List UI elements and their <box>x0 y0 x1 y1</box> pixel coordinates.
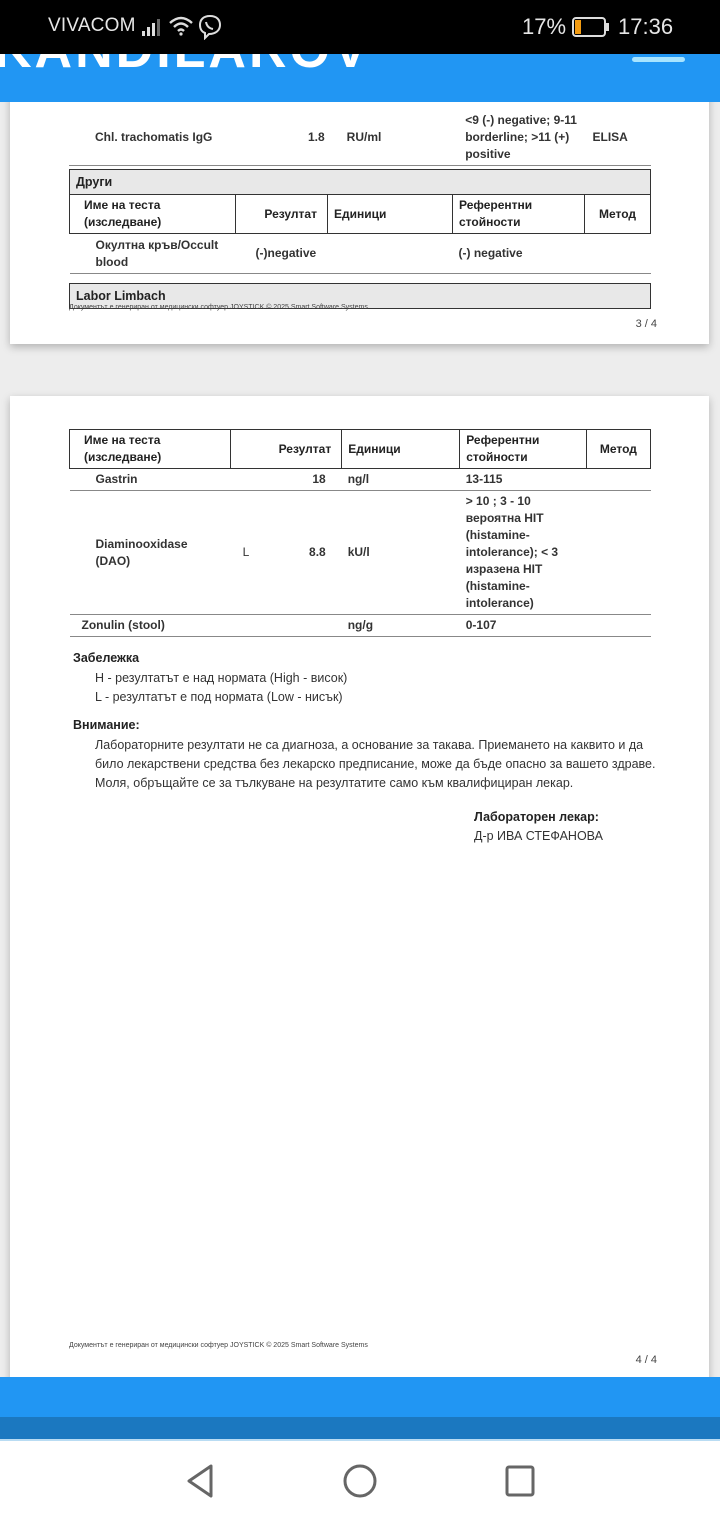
note-title: Забележка <box>73 651 347 665</box>
signer-name: Д-р ИВА СТЕФАНОВА <box>474 827 603 846</box>
method <box>585 234 651 274</box>
table-row: Diaminooxidase (DAO) L 8.8 kU/l > 10 ; 3… <box>70 491 651 615</box>
results-table: Име на теста (изследване) Резултат Едини… <box>69 429 651 637</box>
drag-handle[interactable] <box>632 57 685 62</box>
battery-percent: 17% <box>522 14 566 40</box>
note-line-low: L - резултатът е под нормата (Low - нисъ… <box>73 688 347 707</box>
col-header-name: Име на теста (изследване) <box>70 430 231 469</box>
section-header: Други <box>70 170 651 195</box>
clock: 17:36 <box>618 14 673 40</box>
result-units: ng/l <box>342 469 460 491</box>
method: ELISA <box>587 110 652 166</box>
page-footer: Документът е генериран от медицински соф… <box>69 1342 368 1349</box>
results-table-other: Други Име на теста (изследване) Резултат… <box>69 169 651 274</box>
note-line-high: H - резултатът е над нормата (High - вис… <box>73 669 347 688</box>
result-flag <box>231 615 256 637</box>
test-name: Окултна кръв/Occult blood <box>70 234 236 274</box>
lab-doctor: Лабораторен лекар: Д-р ИВА СТЕФАНОВА <box>474 808 603 846</box>
recents-button[interactable] <box>500 1461 540 1501</box>
result-units <box>328 234 453 274</box>
warning-text: Лабораторните резултати не са диагноза, … <box>73 736 659 793</box>
app-title: KANDILAROV <box>0 54 371 80</box>
table-row: Chl. trachomatis IgG 1.8 RU/ml <9 (-) ne… <box>69 110 651 166</box>
app-bottom-strip <box>0 1417 720 1441</box>
pdf-page-4: Име на теста (изследване) Резултат Едини… <box>10 396 709 1377</box>
battery-icon <box>572 17 610 37</box>
status-bar: VIVACOM 17% 17:36 <box>0 0 720 54</box>
page-number: 4 / 4 <box>636 1354 657 1366</box>
reference-range: (-) negative <box>453 234 585 274</box>
result-value: 18 <box>255 469 341 491</box>
col-header-name: Име на теста (изследване) <box>70 195 236 234</box>
reference-range: > 10 ; 3 - 10 вероятна HIT (histamine-in… <box>460 491 587 615</box>
col-header-units: Единици <box>342 430 460 469</box>
method <box>586 615 650 637</box>
home-button[interactable] <box>340 1461 380 1501</box>
test-name: Zonulin (stool) <box>70 615 231 637</box>
result-units: kU/l <box>342 491 460 615</box>
result-flag <box>231 469 256 491</box>
method <box>586 491 650 615</box>
result-value: 8.8 <box>255 491 341 615</box>
result-flag <box>230 110 254 166</box>
viber-icon <box>198 14 222 40</box>
signer-label: Лабораторен лекар: <box>474 810 599 824</box>
reference-range: <9 (-) negative; 9-11 borderline; >11 (+… <box>459 110 586 166</box>
table-row: Gastrin 18 ng/l 13-115 <box>70 469 651 491</box>
back-icon <box>184 1463 216 1499</box>
result-value: 1.8 <box>253 110 341 166</box>
col-header-result: Резултат <box>231 430 342 469</box>
table-header: Име на теста (изследване) Резултат Едини… <box>70 195 651 234</box>
signal-icon <box>140 16 164 38</box>
table-row: Zonulin (stool) ng/g 0-107 <box>70 615 651 637</box>
pdf-viewer[interactable]: Chl. trachomatis IgG 1.8 RU/ml <9 (-) ne… <box>0 102 720 1377</box>
back-button[interactable] <box>180 1461 220 1501</box>
col-header-reference: Референтни стойности <box>453 195 585 234</box>
warning-title: Внимание: <box>73 718 659 732</box>
test-name: Gastrin <box>70 469 231 491</box>
legend-note: Забележка H - резултатът е над нормата (… <box>73 651 347 707</box>
result-value: (-)negative <box>236 234 328 274</box>
test-name: Chl. trachomatis IgG <box>69 110 230 166</box>
col-header-reference: Референтни стойности <box>460 430 587 469</box>
table-header: Име на теста (изследване) Резултат Едини… <box>70 430 651 469</box>
wifi-icon <box>168 14 194 38</box>
col-header-method: Метод <box>586 430 650 469</box>
result-value <box>255 615 341 637</box>
table-row: Окултна кръв/Occult blood (-)negative (-… <box>70 234 651 274</box>
result-units: RU/ml <box>341 110 460 166</box>
recents-icon <box>504 1464 536 1498</box>
system-nav-bar <box>0 1441 720 1520</box>
warning-note: Внимание: Лабораторните резултати не са … <box>73 718 659 793</box>
app-bottom-bar <box>0 1377 720 1417</box>
section-title: Други <box>70 170 651 195</box>
home-icon <box>342 1463 378 1499</box>
reference-range: 13-115 <box>460 469 587 491</box>
method <box>586 469 650 491</box>
pdf-page-3: Chl. trachomatis IgG 1.8 RU/ml <9 (-) ne… <box>10 102 709 344</box>
result-flag: L <box>231 491 256 615</box>
results-table-top: Chl. trachomatis IgG 1.8 RU/ml <9 (-) ne… <box>69 110 651 166</box>
test-name: Diaminooxidase (DAO) <box>70 491 231 615</box>
page-number: 3 / 4 <box>636 318 657 330</box>
col-header-units: Единици <box>328 195 453 234</box>
col-header-result: Резултат <box>236 195 328 234</box>
reference-range: 0-107 <box>460 615 587 637</box>
app-header: KANDILAROV <box>0 54 720 102</box>
page-footer: Документът е генериран от медицински соф… <box>69 304 368 311</box>
carrier-name: VIVACOM <box>48 15 136 37</box>
result-units: ng/g <box>342 615 460 637</box>
col-header-method: Метод <box>585 195 651 234</box>
